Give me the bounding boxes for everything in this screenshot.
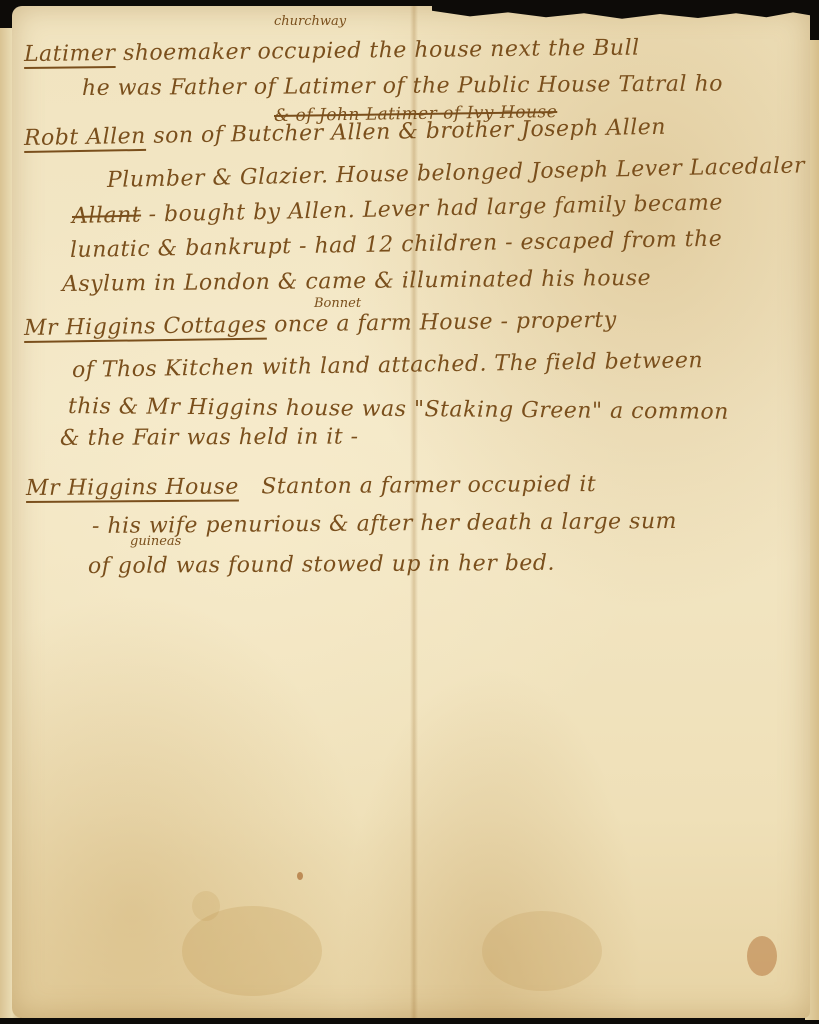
entry-text: shoemaker occupied the house next the Bu… [123,36,640,66]
insertion-bonnet: Bonnet [314,296,361,311]
entry-text: - bought by Allen. Lever had large famil… [148,190,723,227]
entry-allen-line-5: Asylum in London & came & illuminated hi… [62,266,651,297]
struck-text: Allant [72,203,142,229]
entry-cottages-line-3: this & Mr Higgins house was "Staking Gre… [68,394,729,425]
manuscript-page: churchway Latimer shoemaker occupied the… [12,6,810,1018]
entry-heading: Mr Higgins House [26,475,239,501]
entry-allen-line-4: lunatic & bankrupt - had 12 children - e… [70,227,723,263]
entry-cottages-line-1: Mr Higgins Cottages once a farm House - … [24,308,617,341]
entry-latimer-line-1: Latimer shoemaker occupied the house nex… [24,36,640,67]
entry-heading: Latimer [24,41,116,67]
foxing-spot [192,891,220,921]
entry-text: once a farm House - property [274,308,617,338]
entry-latimer-line-2: he was Father of Latimer of the Public H… [82,72,723,101]
entry-cottages-line-2: of Thos Kitchen with land attached. The … [72,348,703,383]
torn-top-edge [432,6,812,22]
entry-heading: Mr Higgins Cottages [24,313,267,341]
entry-text: son of Butcher Allen & brother Joseph Al… [153,115,666,149]
entry-cottages-line-4: & the Fair was held in it - [60,424,359,451]
entry-higgins-house-line-1: Mr Higgins House Stanton a farmer occupi… [26,472,596,501]
insertion-guineas: guineas [130,534,181,549]
entry-text: Stanton a farmer occupied it [246,472,596,499]
ink-spots [747,936,777,976]
small-spot [297,872,303,880]
entry-allen-line-1: Robt Allen son of Butcher Allen & brothe… [24,115,666,151]
water-stain [482,911,602,991]
entry-higgins-house-line-3: of gold was found stowed up in her bed. [88,551,555,579]
entry-allen-line-3: Allant - bought by Allen. Lever had larg… [72,190,723,229]
entry-heading: Robt Allen [24,124,146,151]
entry-allen-line-2: Plumber & Glazier. House belonged Joseph… [107,153,806,193]
insertion-churchway: churchway [274,14,346,29]
